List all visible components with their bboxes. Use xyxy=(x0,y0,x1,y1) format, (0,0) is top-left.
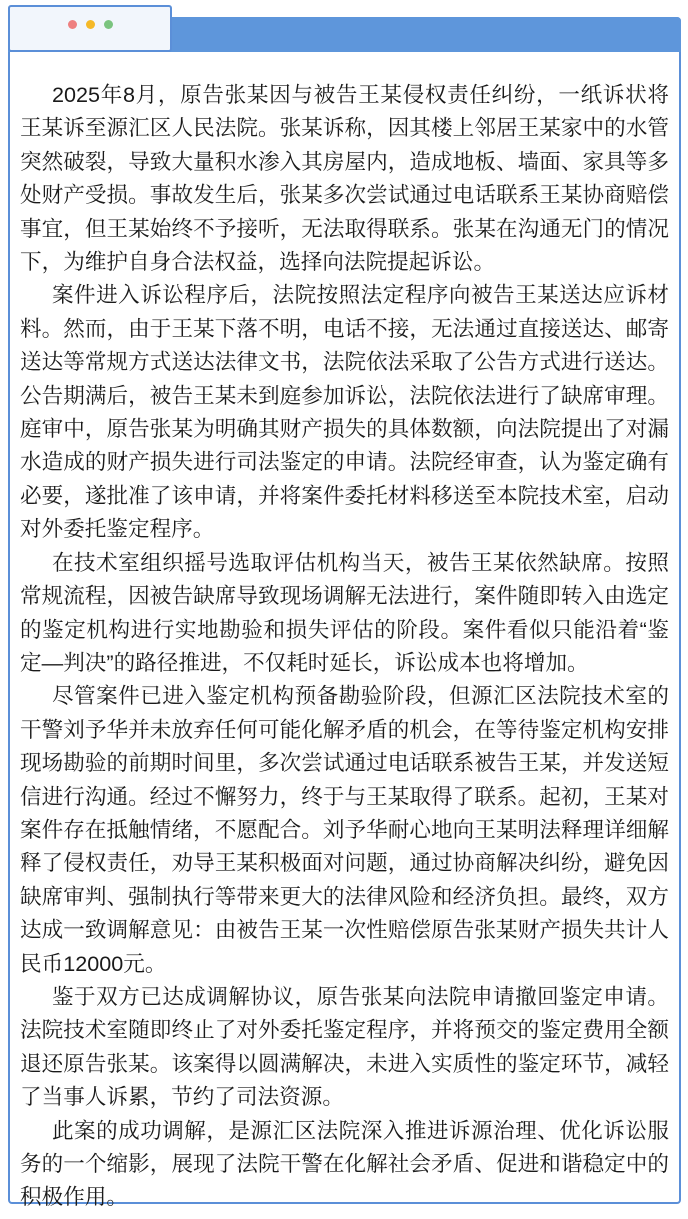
article-paragraph: 尽管案件已进入鉴定机构预备勘验阶段，但源汇区法院技术室的干警刘予华并未放弃任何可… xyxy=(20,679,669,980)
red-dot-icon xyxy=(68,20,77,29)
article-paragraph: 鉴于双方已达成调解协议，原告张某向法院申请撤回鉴定申请。法院技术室随即终止了对外… xyxy=(20,980,669,1114)
traffic-light-card xyxy=(8,5,172,52)
article-body: 2025年8月，原告张某因与被告王某侵权责任纠纷，一纸诉状将王某诉至源汇区人民法… xyxy=(10,52,679,1214)
green-dot-icon xyxy=(104,20,113,29)
article-paragraph: 此案的成功调解，是源汇区法院深入推进诉源治理、优化诉讼服务的一个缩影，展现了法院… xyxy=(20,1114,669,1214)
article-paragraph: 2025年8月，原告张某因与被告王某侵权责任纠纷，一纸诉状将王某诉至源汇区人民法… xyxy=(20,78,669,278)
article-paragraph: 案件进入诉讼程序后，法院按照法定程序向被告王某送达应诉材料。然而，由于王某下落不… xyxy=(20,278,669,545)
yellow-dot-icon xyxy=(86,20,95,29)
article-page: 2025年8月，原告张某因与被告王某侵权责任纠纷，一纸诉状将王某诉至源汇区人民法… xyxy=(0,0,688,1219)
article-paragraph: 在技术室组织摇号选取评估机构当天，被告王某依然缺席。按照常规流程，因被告缺席导致… xyxy=(20,546,669,680)
article-window: 2025年8月，原告张某因与被告王某侵权责任纠纷，一纸诉状将王某诉至源汇区人民法… xyxy=(8,17,681,1204)
